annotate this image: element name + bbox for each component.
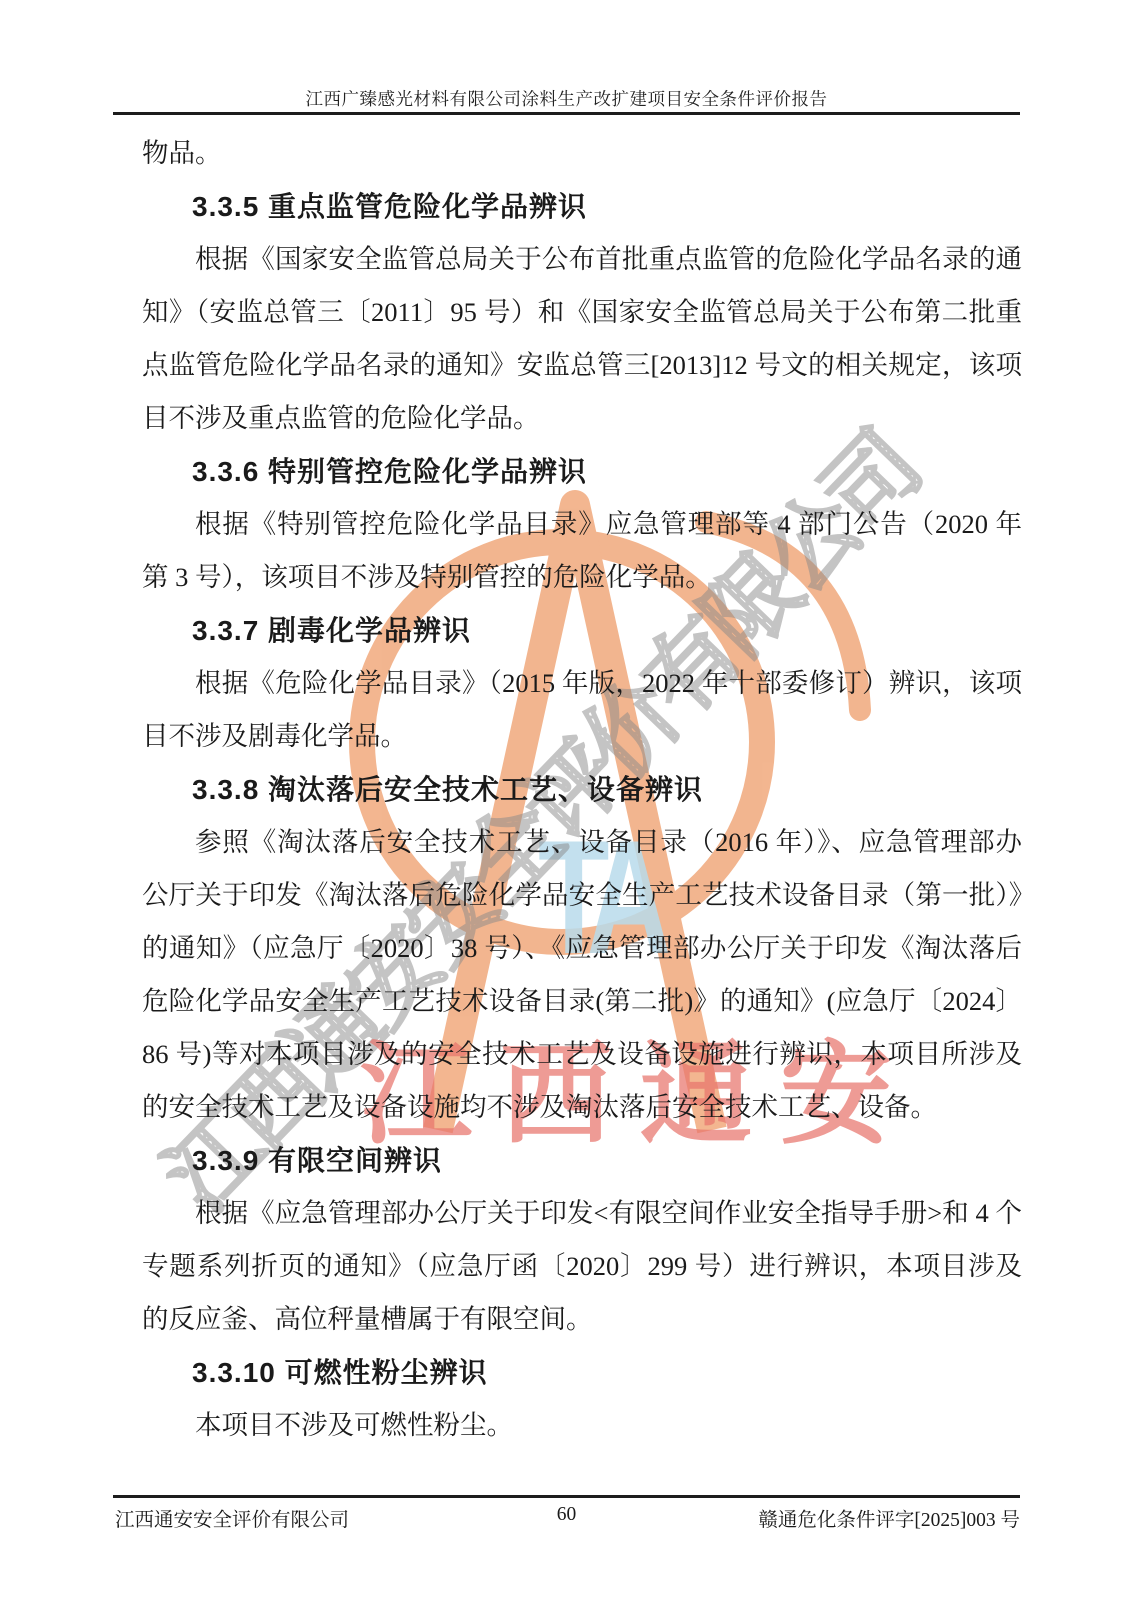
document-body: 物品。 3.3.5 重点监管危险化学品辨识 根据《国家安全监管总局关于公布首批重… — [142, 127, 1022, 1452]
section-paragraph: 根据《特别管控危险化学品目录》应急管理部等 4 部门公告（2020 年第 3 号… — [142, 498, 1022, 604]
section-paragraph: 本项目不涉及可燃性粉尘。 — [142, 1399, 1022, 1452]
section-paragraph: 根据《危险化学品目录》（2015 年版，2022 年十部委修订）辨识，该项目不涉… — [142, 657, 1022, 763]
section-heading-3-3-5: 3.3.5 重点监管危险化学品辨识 — [142, 180, 1022, 233]
section-heading-3-3-7: 3.3.7 剧毒化学品辨识 — [142, 604, 1022, 657]
carryover-line: 物品。 — [142, 127, 1022, 180]
document-page: TA 江西通安安全评价有限公司 江西通安 江西广臻感光材料有限公司涂料生产改扩建… — [0, 0, 1131, 1600]
section-heading-3-3-10: 3.3.10 可燃性粉尘辨识 — [142, 1346, 1022, 1399]
section-paragraph: 参照《淘汰落后安全技术工艺、设备目录（2016 年）》、应急管理部办公厅关于印发… — [142, 816, 1022, 1134]
section-heading-3-3-9: 3.3.9 有限空间辨识 — [142, 1134, 1022, 1187]
section-heading-3-3-8: 3.3.8 淘汰落后安全技术工艺、设备辨识 — [142, 763, 1022, 816]
section-heading-3-3-6: 3.3.6 特别管控危险化学品辨识 — [142, 445, 1022, 498]
section-paragraph: 根据《国家安全监管总局关于公布首批重点监管的危险化学品名录的通知》（安监总管三〔… — [142, 233, 1022, 445]
section-paragraph: 根据《应急管理部办公厅关于印发<有限空间作业安全指导手册>和 4 个专题系列折页… — [142, 1187, 1022, 1346]
